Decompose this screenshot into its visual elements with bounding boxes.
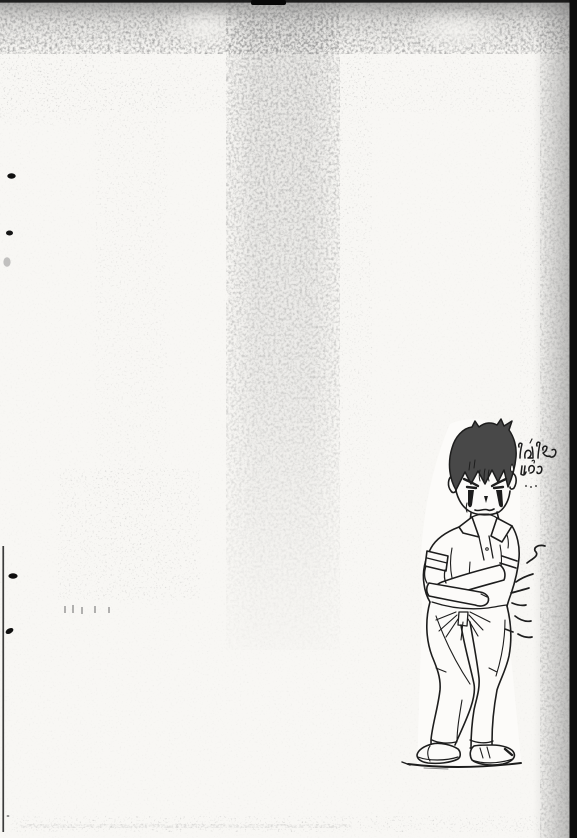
left-eye [467, 487, 476, 488]
scanned-manga-page: Hand-drawn boy hunched forward, crying, … [0, 0, 577, 838]
speech-line-3: ... [524, 481, 533, 491]
ink-dot [7, 173, 15, 178]
left-crease-line [2, 546, 4, 832]
ink-dot [6, 231, 13, 236]
speech-line-2: แล้ว [520, 464, 536, 475]
sweat-drop [511, 464, 514, 472]
right-eye [494, 487, 503, 488]
speech-line-1: ไม่ไหว [517, 448, 544, 459]
top-edge-line [0, 0, 577, 3]
right-border-strip [570, 0, 577, 838]
ink-speck [7, 815, 10, 817]
page-art: ไม่ไหว แล้ว ... [0, 0, 577, 838]
ink-smudge [3, 257, 10, 267]
ink-dot [8, 573, 17, 578]
top-edge-blob [251, 0, 286, 5]
